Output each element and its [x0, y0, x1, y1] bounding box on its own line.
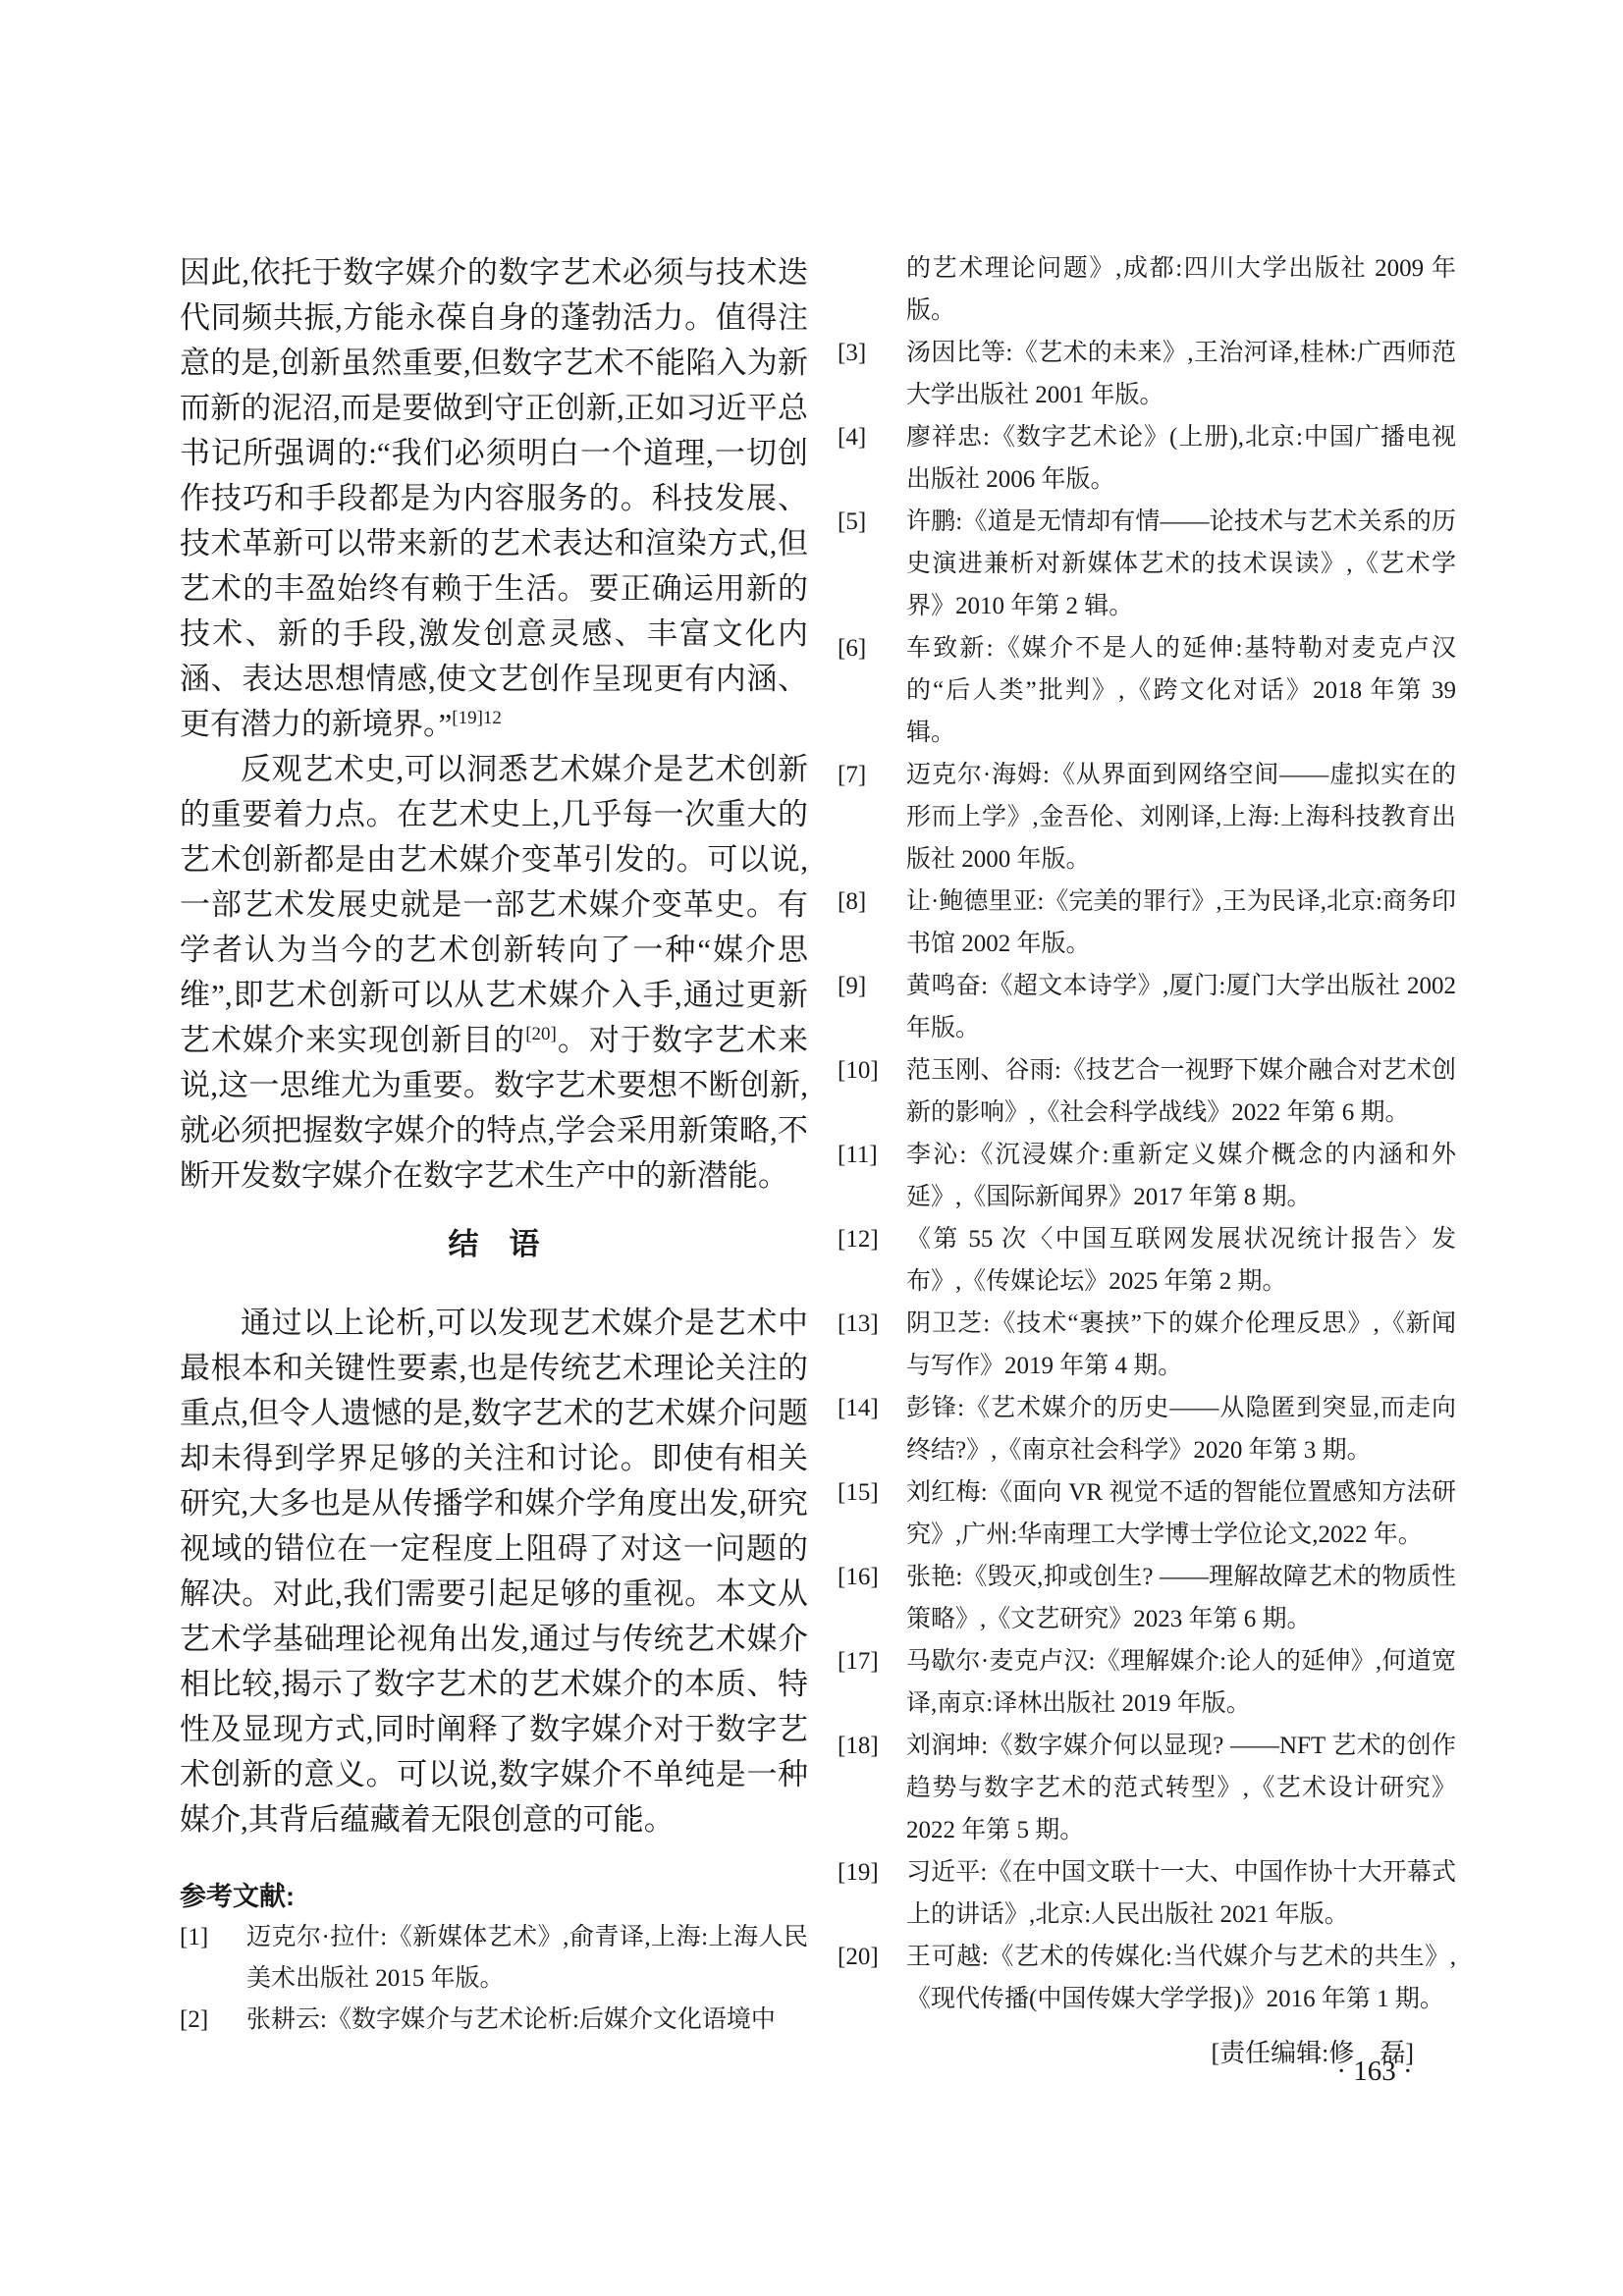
reference-text: 《第 55 次〈中国互联网发展状况统计报告〉发布》,《传媒论坛》2025 年第 …: [906, 1218, 1456, 1303]
reference-text: 刘红梅:《面向 VR 视觉不适的智能位置感知方法研究》,广州:华南理工大学博士学…: [906, 1471, 1456, 1556]
reference-item: [2]张耕云:《数字媒介与艺术论析:后媒介文化语境中: [180, 2000, 808, 2041]
reference-item: [3]汤因比等:《艺术的未来》,王治河译,桂林:广西师范大学出版社 2001 年…: [838, 332, 1456, 416]
reference-text: 李沁:《沉浸媒介:重新定义媒介概念的内涵和外延》,《国际新闻界》2017 年第 …: [906, 1134, 1456, 1218]
reference-item: [6]车致新:《媒介不是人的延伸:基特勒对麦克卢汉的“后人类”批判》,《跨文化对…: [838, 627, 1456, 754]
reference-item: [5]许鹏:《道是无情却有情——论技术与艺术关系的历史演进兼析对新媒体艺术的技术…: [838, 501, 1456, 627]
reference-item: [16]张艳:《毁灭,抑或创生? ——理解故障艺术的物质性策略》,《文艺研究》2…: [838, 1556, 1456, 1640]
reference-label: [15]: [838, 1471, 906, 1556]
reference-text: 廖祥忠:《数字艺术论》(上册),北京:中国广播电视出版社 2006 年版。: [906, 416, 1456, 501]
reference-text: 王可越:《艺术的传媒化:当代媒介与艺术的共生》,《现代传播(中国传媒大学学报)》…: [906, 1936, 1456, 2020]
reference-item: [14]彭锋:《艺术媒介的历史——从隐匿到突显,而走向终结?》,《南京社会科学》…: [838, 1387, 1456, 1471]
reference-label: [17]: [838, 1640, 906, 1725]
reference-item: [12]《第 55 次〈中国互联网发展状况统计报告〉发布》,《传媒论坛》2025…: [838, 1218, 1456, 1303]
body-paragraph: 通过以上论析,可以发现艺术媒介是艺术中最根本和关键性要素,也是传统艺术理论关注的…: [180, 1301, 808, 1842]
left-column: 因此,依托于数字媒介的数字艺术必须与技术迭代同频共振,方能永葆自身的蓬勃活力。值…: [180, 250, 808, 2041]
body-paragraph: 反观艺术史,可以洞悉艺术媒介是艺术创新的重要着力点。在艺术史上,几乎每一次重大的…: [180, 747, 808, 1199]
section-heading: 结 语: [180, 1222, 808, 1267]
reference-item: [10]范玉刚、谷雨:《技艺合一视野下媒介融合对艺术创新的影响》,《社会科学战线…: [838, 1049, 1456, 1134]
reference-label: [4]: [838, 416, 906, 501]
reference-text: 范玉刚、谷雨:《技艺合一视野下媒介融合对艺术创新的影响》,《社会科学战线》202…: [906, 1049, 1456, 1134]
reference-text: 刘润坤:《数字媒介何以显现? ——NFT 艺术的创作趋势与数字艺术的范式转型》,…: [906, 1725, 1456, 1851]
citation-superscript: [20]: [525, 1024, 557, 1044]
reference-text: 黄鸣奋:《超文本诗学》,厦门:厦门大学出版社 2002 年版。: [906, 965, 1456, 1049]
reference-item: [11]李沁:《沉浸媒介:重新定义媒介概念的内涵和外延》,《国际新闻界》2017…: [838, 1134, 1456, 1218]
reference-item: [17]马歇尔·麦克卢汉:《理解媒介:论人的延伸》,何道宽译,南京:译林出版社 …: [838, 1640, 1456, 1725]
reference-label: [8]: [838, 881, 906, 965]
reference-label: [13]: [838, 1303, 906, 1387]
paragraph-text: 通过以上论析,可以发现艺术媒介是艺术中最根本和关键性要素,也是传统艺术理论关注的…: [180, 1306, 808, 1837]
reference-label: [14]: [838, 1387, 906, 1471]
paragraph-text: 反观艺术史,可以洞悉艺术媒介是艺术创新的重要着力点。在艺术史上,几乎每一次重大的…: [180, 752, 808, 1057]
reference-text: 彭锋:《艺术媒介的历史——从隐匿到突显,而走向终结?》,《南京社会科学》2020…: [906, 1387, 1456, 1471]
document-page: 因此,依托于数字媒介的数字艺术必须与技术迭代同频共振,方能永葆自身的蓬勃活力。值…: [0, 0, 1623, 2296]
reference-item: [20]王可越:《艺术的传媒化:当代媒介与艺术的共生》,《现代传播(中国传媒大学…: [838, 1936, 1456, 2020]
reference-text: 迈克尔·海姆:《从界面到网络空间——虚拟实在的形而上学》,金吾伦、刘刚译,上海:…: [906, 754, 1456, 881]
reference-text: 马歇尔·麦克卢汉:《理解媒介:论人的延伸》,何道宽译,南京:译林出版社 2019…: [906, 1640, 1456, 1725]
reference-label: [20]: [838, 1936, 906, 2020]
reference-continuation: 的艺术理论问题》,成都:四川大学出版社 2009 年版。: [906, 247, 1456, 332]
body-paragraph: 因此,依托于数字媒介的数字艺术必须与技术迭代同频共振,方能永葆自身的蓬勃活力。值…: [180, 250, 808, 747]
reference-item: [1]迈克尔·拉什:《新媒体艺术》,俞青译,上海:上海人民美术出版社 2015 …: [180, 1917, 808, 2000]
reference-text: 张艳:《毁灭,抑或创生? ——理解故障艺术的物质性策略》,《文艺研究》2023 …: [906, 1556, 1456, 1640]
reference-label: [3]: [838, 332, 906, 416]
reference-label: [9]: [838, 965, 906, 1049]
reference-text: 许鹏:《道是无情却有情——论技术与艺术关系的历史演进兼析对新媒体艺术的技术误读》…: [906, 501, 1456, 627]
reference-label: [16]: [838, 1556, 906, 1640]
reference-label: [10]: [838, 1049, 906, 1134]
right-column: 的艺术理论问题》,成都:四川大学出版社 2009 年版。[3]汤因比等:《艺术的…: [838, 247, 1456, 2074]
reference-label: [7]: [838, 754, 906, 881]
reference-label: [11]: [838, 1134, 906, 1218]
reference-item: [9]黄鸣奋:《超文本诗学》,厦门:厦门大学出版社 2002 年版。: [838, 965, 1456, 1049]
reference-text: 阴卫芝:《技术“裹挟”下的媒介伦理反思》,《新闻与写作》2019 年第 4 期。: [906, 1303, 1456, 1387]
reference-label: [12]: [838, 1218, 906, 1303]
reference-item: [7]迈克尔·海姆:《从界面到网络空间——虚拟实在的形而上学》,金吾伦、刘刚译,…: [838, 754, 1456, 881]
reference-text: 张耕云:《数字媒介与艺术论析:后媒介文化语境中: [246, 2000, 808, 2041]
reference-text: 汤因比等:《艺术的未来》,王治河译,桂林:广西师范大学出版社 2001 年版。: [906, 332, 1456, 416]
citation-superscript: [19]12: [452, 708, 502, 728]
reference-label: [1]: [180, 1917, 246, 2000]
reference-text: 车致新:《媒介不是人的延伸:基特勒对麦克卢汉的“后人类”批判》,《跨文化对话》2…: [906, 627, 1456, 754]
reference-label: [6]: [838, 627, 906, 754]
reference-item: [18]刘润坤:《数字媒介何以显现? ——NFT 艺术的创作趋势与数字艺术的范式…: [838, 1725, 1456, 1851]
reference-item: [4]廖祥忠:《数字艺术论》(上册),北京:中国广播电视出版社 2006 年版。: [838, 416, 1456, 501]
references-heading: 参考文献:: [180, 1876, 808, 1917]
reference-label: [2]: [180, 2000, 246, 2041]
page-number: · 163 ·: [1306, 2052, 1443, 2091]
reference-text: 习近平:《在中国文联十一大、中国作协十大开幕式上的讲话》,北京:人民出版社 20…: [906, 1851, 1456, 1936]
paragraph-text: 因此,依托于数字媒介的数字艺术必须与技术迭代同频共振,方能永葆自身的蓬勃活力。值…: [180, 255, 808, 741]
reference-item: [13]阴卫芝:《技术“裹挟”下的媒介伦理反思》,《新闻与写作》2019 年第 …: [838, 1303, 1456, 1387]
reference-item: [8]让·鲍德里亚:《完美的罪行》,王为民译,北京:商务印书馆 2002 年版。: [838, 881, 1456, 965]
reference-label: [5]: [838, 501, 906, 627]
reference-label: [19]: [838, 1851, 906, 1936]
reference-label: [18]: [838, 1725, 906, 1851]
reference-text: 让·鲍德里亚:《完美的罪行》,王为民译,北京:商务印书馆 2002 年版。: [906, 881, 1456, 965]
reference-item: [19]习近平:《在中国文联十一大、中国作协十大开幕式上的讲话》,北京:人民出版…: [838, 1851, 1456, 1936]
reference-item: [15]刘红梅:《面向 VR 视觉不适的智能位置感知方法研究》,广州:华南理工大…: [838, 1471, 1456, 1556]
reference-text: 迈克尔·拉什:《新媒体艺术》,俞青译,上海:上海人民美术出版社 2015 年版。: [246, 1917, 808, 2000]
